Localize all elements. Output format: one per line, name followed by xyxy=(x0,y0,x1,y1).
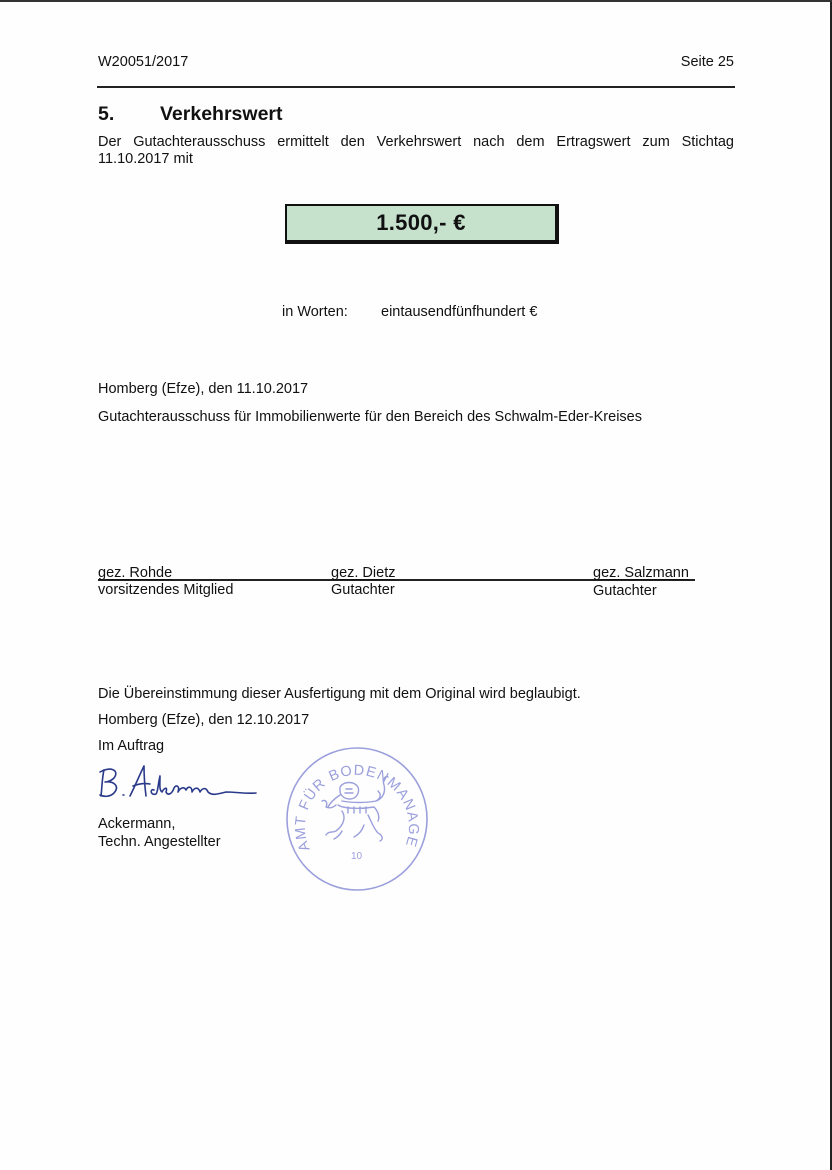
official-stamp: AMT FÜR BODENMANAGEMENT HOMBERG 10 xyxy=(282,745,432,893)
section-heading: 5.Verkehrswert xyxy=(98,103,283,126)
signatory-name: gez. Dietz xyxy=(331,565,395,581)
signatory-role: Gutachter xyxy=(593,583,657,599)
signatory-role: vorsitzendes Mitglied xyxy=(98,582,233,598)
page-number: Seite 25 xyxy=(681,54,734,70)
certification-place-date: Homberg (Efze), den 12.10.2017 xyxy=(98,712,309,728)
signer-title: Techn. Angestellter xyxy=(98,834,221,850)
issue-place-date: Homberg (Efze), den 11.10.2017 xyxy=(98,381,308,397)
committee-name: Gutachterausschuss für Immobilienwerte f… xyxy=(98,409,642,425)
signatory-role: Gutachter xyxy=(331,582,395,598)
document-page: W20051/2017 Seite 25 5.Verkehrswert Der … xyxy=(0,0,832,1170)
stamp-number: 10 xyxy=(351,851,363,862)
signatory-name: gez. Rohde xyxy=(98,565,172,581)
market-value-amount: 1.500,- € xyxy=(376,210,466,236)
signatory-name: gez. Salzmann xyxy=(593,565,689,581)
signer-name: Ackermann, xyxy=(98,816,175,832)
market-value-box: 1.500,- € xyxy=(285,204,559,244)
handwritten-signature xyxy=(96,762,266,806)
in-words-value: eintausendfünfhundert € xyxy=(381,304,537,320)
section-number: 5. xyxy=(98,103,160,126)
certification-text: Die Übereinstimmung dieser Ausfertigung … xyxy=(98,686,581,702)
on-behalf-label: Im Auftrag xyxy=(98,738,164,754)
section-title: Verkehrswert xyxy=(160,103,283,125)
lion-icon xyxy=(322,776,388,841)
in-words-label: in Worten: xyxy=(282,304,348,320)
header-rule xyxy=(97,86,735,88)
document-id: W20051/2017 xyxy=(98,54,188,70)
section-paragraph: Der Gutachterausschuss ermittelt den Ver… xyxy=(98,134,734,168)
